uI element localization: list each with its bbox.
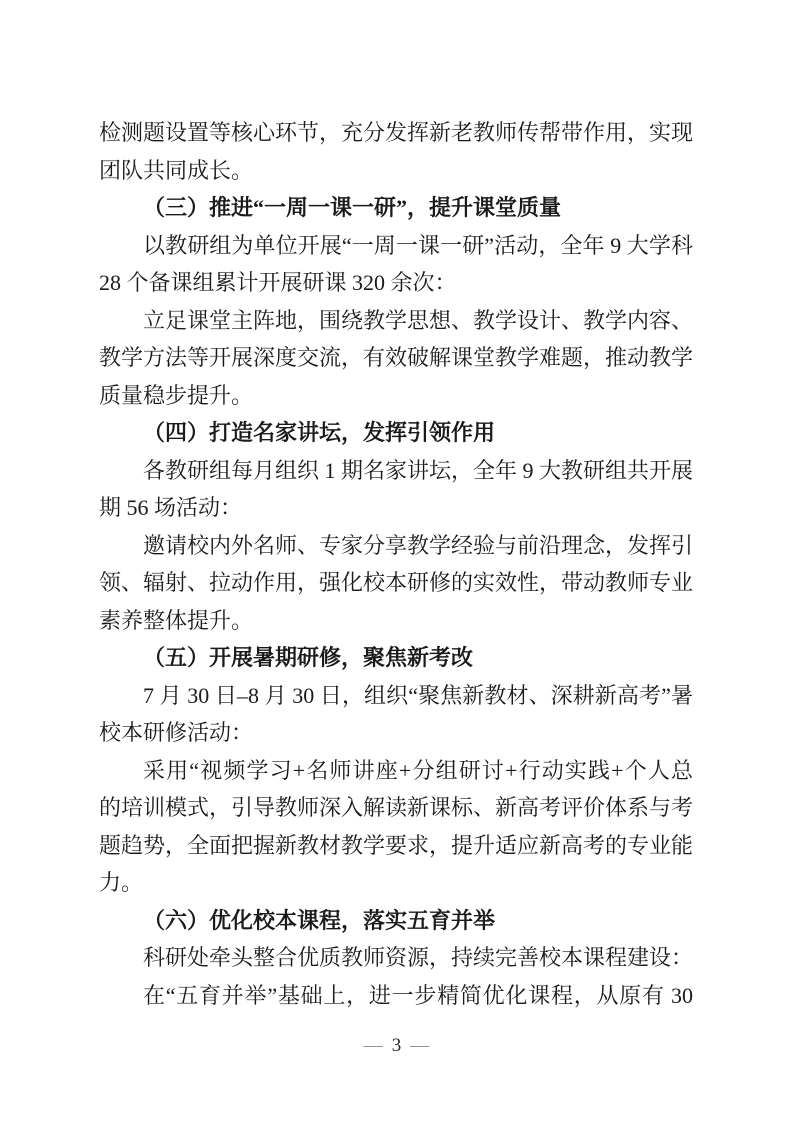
footer-dash-left: — — [364, 1035, 383, 1056]
body-text-line: 科研处牵头整合优质教师资源，持续完善校本课程建设： — [99, 939, 693, 977]
body-text-line: 题趋势，全面把握新教材教学要求，提升适应新高考的专业能 — [99, 827, 693, 865]
body-text-line: 28 个备课组累计开展研课 320 余次： — [99, 264, 693, 302]
body-text-line: 在“五育并举”基础上，进一步精简优化课程，从原有 30 节 — [99, 977, 693, 1015]
body-text-line: 采用“视频学习+名师讲座+分组研讨+行动实践+个人总结” — [99, 752, 693, 790]
body-text-line: 邀请校内外名师、专家分享教学经验与前沿理念，发挥引 — [99, 527, 693, 565]
body-text-line: 教学方法等开展深度交流，有效破解课堂教学难题，推动教学 — [99, 339, 693, 377]
page-footer: —3— — [0, 1034, 793, 1058]
body-text-line: 的培训模式，引导教师深入解读新课标、新高考评价体系与考 — [99, 789, 693, 827]
body-text-line: 质量稳步提升。 — [99, 377, 693, 415]
body-text-line: 期 56 场活动： — [99, 489, 693, 527]
document-body: 检测题设置等核心环节，充分发挥新老教师传帮带作用，实现团队共同成长。（三）推进“… — [99, 114, 693, 1014]
section-heading: （三）推进“一周一课一研”，提升课堂质量 — [99, 189, 693, 227]
section-heading: （六）优化校本课程，落实五育并举 — [99, 902, 693, 940]
body-text-line: 力。 — [99, 864, 693, 902]
body-text-line: 立足课堂主阵地，围绕教学思想、教学设计、教学内容、 — [99, 302, 693, 340]
body-text-line: 各教研组每月组织 1 期名家讲坛，全年 9 大教研组共开展 6 — [99, 452, 693, 490]
section-heading: （五）开展暑期研修，聚焦新考改 — [99, 639, 693, 677]
body-text-line: 检测题设置等核心环节，充分发挥新老教师传帮带作用，实现 — [99, 114, 693, 152]
body-text-line: 以教研组为单位开展“一周一课一研”活动，全年 9 大学科 — [99, 227, 693, 265]
section-heading: （四）打造名家讲坛，发挥引领作用 — [99, 414, 693, 452]
body-text-line: 校本研修活动： — [99, 714, 693, 752]
body-text-line: 领、辐射、拉动作用，强化校本研修的实效性，带动教师专业 — [99, 564, 693, 602]
footer-dash-right: — — [410, 1035, 429, 1056]
document-page: 检测题设置等核心环节，充分发挥新老教师传帮带作用，实现团队共同成长。（三）推进“… — [0, 0, 793, 1122]
body-text-line: 团队共同成长。 — [99, 152, 693, 190]
page-number: 3 — [392, 1035, 402, 1056]
body-text-line: 7 月 30 日–8 月 30 日，组织“聚焦新教材、深耕新高考”暑期 — [99, 677, 693, 715]
body-text-line: 素养整体提升。 — [99, 602, 693, 640]
